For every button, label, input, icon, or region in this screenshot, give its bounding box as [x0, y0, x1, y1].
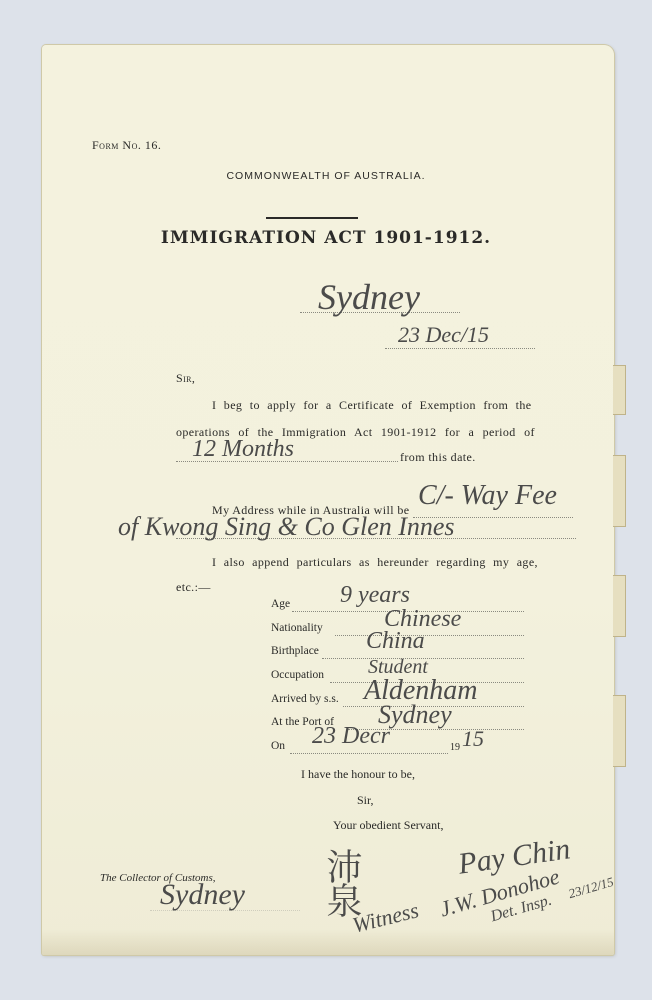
address-handwritten-1: C/- Way Fee [418, 480, 557, 512]
chinese-signature: 沛泉 [316, 848, 367, 916]
torn-edge-tab [613, 365, 626, 415]
label-occupation: Occupation [271, 669, 324, 681]
page-title: IMMIGRATION ACT 1901-1912. [0, 228, 652, 248]
paragraph-line: I beg to apply for a Certificate of Exem… [212, 398, 532, 413]
particulars-intro: I also append particulars as hereunder r… [212, 555, 538, 570]
value-arrival-date: 23 Decr [312, 723, 390, 750]
date-line [385, 348, 535, 349]
place-handwritten: Sydney [318, 276, 420, 318]
torn-edge-tab [613, 575, 626, 637]
label-nationality: Nationality [271, 622, 323, 634]
closing-line: I have the honour to be, [301, 767, 415, 782]
issuer-heading: COMMONWEALTH OF AUSTRALIA. [0, 170, 652, 182]
closing-line: Your obedient Servant, [333, 818, 443, 833]
title-rule [266, 217, 358, 219]
label-on-date: On [271, 740, 285, 752]
year-prefix: 19 [450, 742, 460, 753]
value-birthplace: China [366, 628, 425, 655]
period-suffix: from this date. [400, 450, 476, 465]
recipient-place: Sydney [160, 878, 245, 912]
label-birthplace: Birthplace [271, 645, 319, 657]
torn-edge-tab [613, 695, 626, 767]
form-number: Form No. 16. [92, 138, 161, 153]
value-age: 9 years [340, 582, 410, 609]
date-handwritten: 23 Dec/15 [398, 322, 489, 348]
label-age: Age [271, 598, 290, 610]
period-handwritten: 12 Months [192, 436, 294, 463]
closing-line: Sir, [357, 793, 374, 808]
label-arrived-by: Arrived by s.s. [271, 693, 339, 705]
field-line [290, 753, 448, 754]
year-suffix: 15 [462, 726, 484, 752]
salutation: Sir, [176, 371, 195, 386]
torn-edge-tab [613, 455, 626, 527]
field-line [335, 635, 524, 636]
particulars-etc: etc.:— [176, 580, 211, 595]
address-handwritten-2: of Kwong Sing & Co Glen Innes [118, 512, 455, 542]
